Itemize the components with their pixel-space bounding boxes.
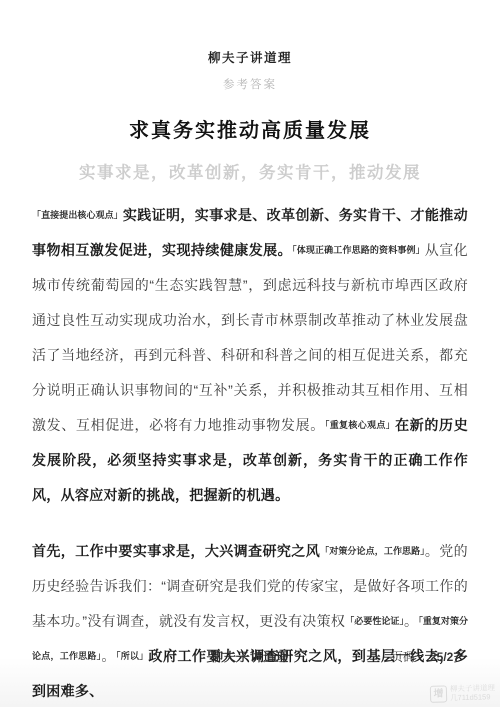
watermark-line-2: 几711d5159 — [450, 692, 495, 702]
text-run-normal: 从宣化城市传统葡萄园的“生态实践智慧”，到虑远科技与新杭市埠西区政府通过良性互动… — [32, 242, 468, 433]
watermark: 增 柳夫子讲道理 几711d5159 — [430, 683, 495, 703]
text-run-bold: 首先，工作中要实事求是，大兴调查研究之风 — [32, 543, 320, 559]
watermark-text: 柳夫子讲道理 几711d5159 — [450, 683, 495, 702]
paragraph-2: 首先，工作中要实事求是，大兴调查研究之风「对策分论点，工作思路」。党的历史经验告… — [32, 534, 468, 707]
page-footer: 柳夫子讲道理 页码：25/27 — [0, 648, 500, 666]
text-run-annotation: 「直接提出核心观点」 — [32, 210, 123, 220]
page-number: 页码：25/27 — [391, 648, 460, 665]
document-body: 「直接提出核心观点」实践证明，实事求是、改革创新、务实肯干、才能推动事物相互激发… — [32, 198, 468, 707]
page-subtitle: 实事求是，改革创新，务实肯干，推动发展 — [0, 159, 500, 183]
watermark-logo-icon: 增 — [430, 685, 447, 702]
text-run-annotation: 「重复核心观点」 — [325, 420, 395, 430]
page-number-value: 25/27 — [430, 650, 460, 664]
text-run-annotation: 「对策分论点，工作思路」 — [320, 546, 425, 556]
brand-title: 柳夫子讲道理 — [0, 48, 500, 66]
section-label: 参考答案 — [0, 76, 500, 92]
paragraph-1: 「直接提出核心观点」实践证明，实事求是、改革创新、务实肯干、才能推动事物相互激发… — [32, 198, 468, 513]
text-run-annotation: 「体现正确工作思路的资料事例」 — [292, 245, 425, 255]
text-run-normal: 。 — [404, 613, 418, 629]
page-number-label: 页码： — [391, 650, 427, 664]
text-run-annotation: 「必要性论证」 — [345, 616, 404, 626]
page-header: 柳夫子讲道理 参考答案 求真务实推动高质量发展 实事求是，改革创新，务实肯干，推… — [0, 0, 500, 183]
document-page: 柳夫子讲道理 参考答案 求真务实推动高质量发展 实事求是，改革创新，务实肯干，推… — [0, 0, 500, 707]
page-title: 求真务实推动高质量发展 — [0, 114, 500, 143]
